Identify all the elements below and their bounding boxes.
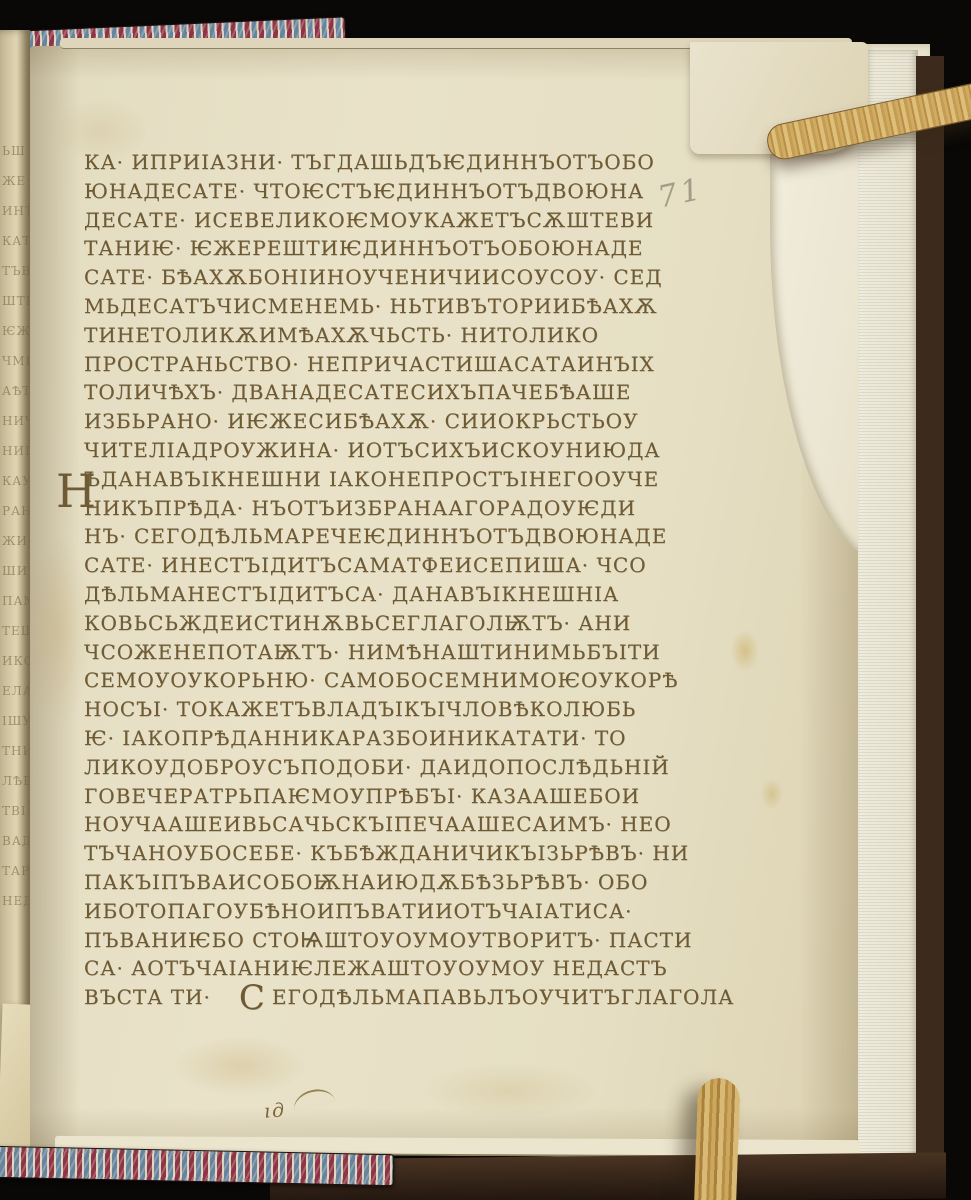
text-line: НОСЪІ· ТОКАЖЕТЪВЛАДЪІКЪІЧЛОВѢКОЛЮБЬ xyxy=(84,695,704,724)
facing-page-fragment: ЛѢБ xyxy=(2,766,29,796)
facing-page-fragment: РАН xyxy=(2,496,29,526)
quire-mark: ıд xyxy=(263,1099,287,1122)
facing-page-fragment: НИЧ xyxy=(2,406,29,436)
facing-page-fragment: ЕЛА xyxy=(2,676,29,706)
facing-page-fragment: ШИН xyxy=(2,556,29,586)
text-line: МЬДЕСАТЪЧИСМЕНЕМЬ· НЬТИВЪТОРИИБѢАХѪ xyxy=(84,292,704,321)
text-line: ЧСОЖЕНЕПОТАѬТЪ· НИМѢНАШТИНИМЬБЪІТИ xyxy=(84,638,704,667)
text-line: ТАНИѤ· ѤЖЕРЕШТИѤДИННЪОТЪОБОЮНАДЕ xyxy=(84,234,704,263)
text-line: СЕМОУОУКОРЬНЮ· САМОБОСЕМНИМОѤОУКОРѢ xyxy=(84,666,704,695)
facing-page-fragment: ПАМ xyxy=(2,586,29,616)
manuscript-photo: ЬШЖЕИНЪКАТТЪВШТИѤЖЕЧМИАѢТНИЧНИЦКАУРАНЖИС… xyxy=(0,0,971,1200)
facing-page-fragment: ТАР xyxy=(2,856,29,886)
facing-page-fragment: ШТИ xyxy=(2,286,29,316)
facing-page-fragment: ИНЪ xyxy=(2,196,29,226)
text-line: ТЪЧАНОУБОСЕБЕ· КЪБѢЖДАНИЧИКЪІЗЬРѢВЪ· НИ xyxy=(84,839,704,868)
facing-page-fragment: ИКС xyxy=(2,646,29,676)
facing-page-fragment: ЬШ xyxy=(2,136,29,166)
facing-page-fragment: НЕД xyxy=(2,886,29,916)
text-line: ТИНЕТОЛИКѪИМѢАХѪЧЬСТЬ· НИТОЛИКО xyxy=(84,321,704,350)
book-cover-edge-right xyxy=(916,56,944,1186)
text-line: САТЕ· ИНЕСТЪІДИТЪСАМАТФЕИСЕПИША· ЧСО xyxy=(84,551,704,580)
text-line: ПЪВАНИѤБО СТОѨШТОУОУМОУТВОРИТЪ· ПАСТИ xyxy=(84,926,704,955)
text-line: ЪДАНАВЪІКНЕШНИ ІАКОНЕПРОСТЪІНЕГООУЧЕ xyxy=(84,465,704,494)
facing-page-fragment: ТЪВ xyxy=(2,256,29,286)
text-line: Ѥ· ІАКОПРѢДАННИКАРАЗБОИНИКАТАТИ· ТО xyxy=(84,724,704,753)
text-line: ДѢЛЬМАНЕСТЪІДИТЪСА· ДАНАВЪІКНЕШНІА xyxy=(84,580,704,609)
facing-page-fragment: КАТ xyxy=(2,226,29,256)
text-line: ИЗБЬРАНО· ИѤЖЕСИБѢАХѪ· СИИОКРЬСТЬОУ xyxy=(84,407,704,436)
text-line: ПАКЪІПЪВАИСОБОѬНАИЮДѪБѢЗЬРѢВЪ· ОБО xyxy=(84,868,704,897)
facing-page-fragment: НИЦ xyxy=(2,436,29,466)
facing-page-fragment: ТЕШ xyxy=(2,616,29,646)
text-line: СА· АОТЪЧАІАНИѤЛЕЖАШТОУОУМОУ НЕДАСТЪ xyxy=(84,954,704,983)
text-block: КА· ИПРИІАЗНИ· ТЪГДАШЬДЪѤДИННЪОТЪОБОЮНАД… xyxy=(84,148,704,1012)
facing-page-fragment: АѢТ xyxy=(2,376,29,406)
facing-page-fragment: ѤЖЕ xyxy=(2,316,29,346)
text-line: НЪ· СЕГОДѢЛЬМАРЕЧЕѤДИННЪОТЪДВОЮНАДЕ xyxy=(84,522,704,551)
facing-page-fragment: КАУ xyxy=(2,466,29,496)
text-line: ВЪСТА ТИ·СЕГОДѢЛЬМАПАВЬЛЪОУЧИТЪГЛАГОЛА xyxy=(84,983,704,1012)
text-line: НОУЧААШЕИВЬСАЧЬСКЪІПЕЧААШЕСАИМЪ· НЕО xyxy=(84,810,704,839)
text-line: ЧИТЕЛІАДРОУЖИНА· ИОТЪСИХЪИСКОУНИЮДА xyxy=(84,436,704,465)
text-line: ГОВЕЧЕРАТРЬПАѤМОУПРѢБЪІ· КАЗААШЕБОИ xyxy=(84,782,704,811)
text-line: КОВЬСЬЖДЕИСТИНѪВЬСЕГЛАГОЛѬТЪ· АНИ xyxy=(84,609,704,638)
facing-page-fragment: ТВІ xyxy=(2,796,29,826)
facing-page-fragment: ЧМИ xyxy=(2,346,29,376)
text-line: КА· ИПРИІАЗНИ· ТЪГДАШЬДЪѤДИННЪОТЪОБО xyxy=(84,148,704,177)
facing-page-fragment: ТНИ xyxy=(2,736,29,766)
text-line: ЛИКОУДОБРОУСЪПОДОБИ· ДАИДОПОСЛѢДЬНІЙ xyxy=(84,753,704,782)
facing-page-fragment: ЖИС xyxy=(2,526,29,556)
text-line: ИБОТОПАГОУБѢНОИПЪВАТИИОТЪЧАІАТИСА· xyxy=(84,897,704,926)
text-line: НИКЪПРѢДА· НЪОТЪИЗБРАНААГОРАДОУѤДИ xyxy=(84,494,704,523)
facing-page-fragment: ЖЕ xyxy=(2,166,29,196)
facing-page-fragment: ВАД xyxy=(2,826,29,856)
wooden-page-weight-bottom[interactable] xyxy=(694,1077,740,1200)
text-line: ПРОСТРАНЬСТВО· НЕПРИЧАСТИШАСАТАИНЪІХ xyxy=(84,350,704,379)
facing-page-fragment: ІШУ xyxy=(2,706,29,736)
text-line: ДЕСАТЕ· ИСЕВЕЛИКОѤМОУКАЖЕТЪСѪШТЕВИ xyxy=(84,206,704,235)
text-line: ТОЛИЧѢХЪ· ДВАНАДЕСАТЕСИХЪПАЧЕБѢАШЕ xyxy=(84,378,704,407)
enlarged-inline-initial: С xyxy=(239,978,266,1018)
enlarged-margin-initial: Н xyxy=(56,468,96,514)
facing-page-edge: ЬШЖЕИНЪКАТТЪВШТИѤЖЕЧМИАѢТНИЧНИЦКАУРАНЖИС… xyxy=(0,30,30,1158)
interleaf-paper-edge xyxy=(858,50,918,1166)
text-line: САТЕ· БѢАХѪБОНІИНОУЧЕНИЧИИСОУСОУ· СЕД xyxy=(84,263,704,292)
facing-page-text-fragments: ЬШЖЕИНЪКАТТЪВШТИѤЖЕЧМИАѢТНИЧНИЦКАУРАНЖИС… xyxy=(2,136,29,916)
text-line: ЮНАДЕСАТЕ· ЧТОѤСТЪѤДИННЪОТЪДВОЮНА xyxy=(84,177,704,206)
